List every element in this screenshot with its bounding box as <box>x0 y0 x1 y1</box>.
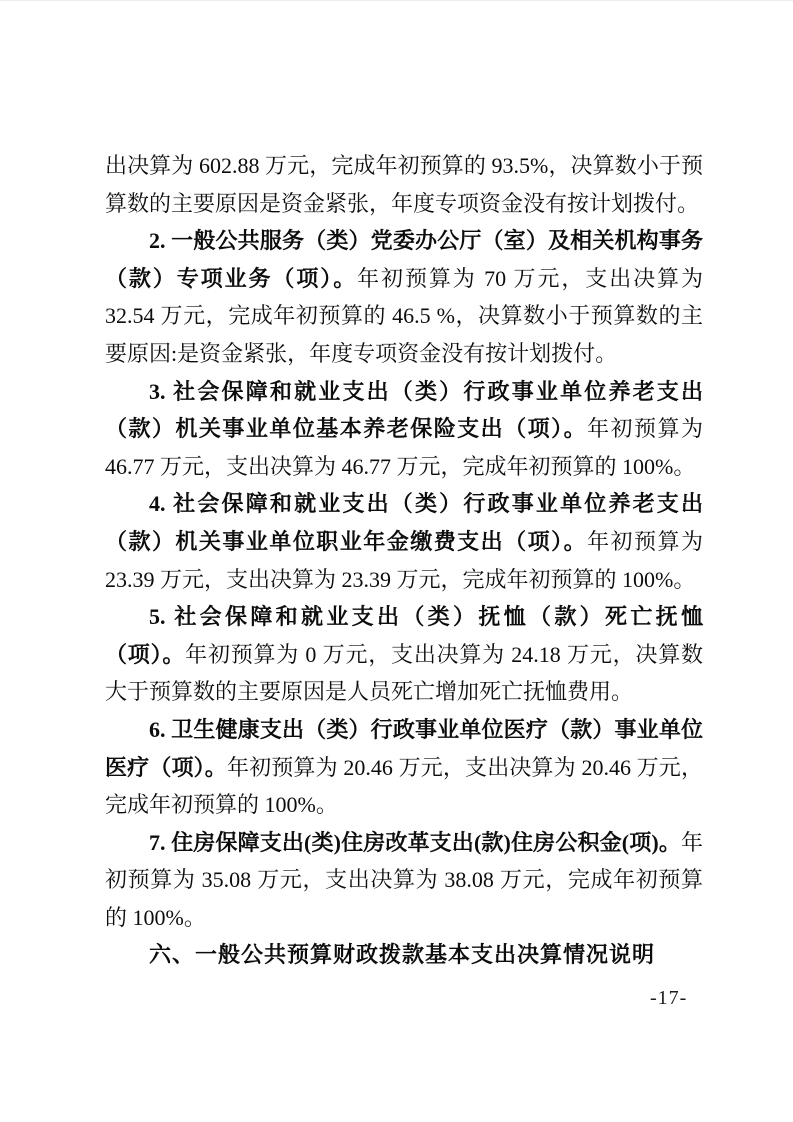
paragraph-item-6: 6. 卫生健康支出（类）行政事业单位医疗（款）事业单位医疗（项）。年初预算为 2… <box>105 711 703 824</box>
paragraph-item-3: 3. 社会保障和就业支出（类）行政事业单位养老支出（款）机关事业单位基本养老保险… <box>105 373 703 486</box>
paragraph-text: 年初预算为 0 万元，支出决算为 24.18 万元，决算数大于预算数的主要原因是… <box>105 642 703 705</box>
page-number: -17- <box>650 987 687 1010</box>
paragraph-item-4: 4. 社会保障和就业支出（类）行政事业单位养老支出（款）机关事业单位职业年金缴费… <box>105 485 703 598</box>
paragraph-text: 出决算为 602.88 万元，完成年初预算的 93.5%，决算数小于预算数的主要… <box>105 153 703 216</box>
section-heading-text: 六、一般公共预算财政拨款基本支出决算情况说明 <box>149 942 655 967</box>
document-page: 出决算为 602.88 万元，完成年初预算的 93.5%，决算数小于预算数的主要… <box>0 0 793 1122</box>
paragraph-item-2: 2. 一般公共服务（类）党委办公厅（室）及相关机构事务（款）专项业务（项）。年初… <box>105 222 703 372</box>
paragraph-item-7: 7. 住房保障支出(类)住房改革支出(款)住房公积金(项)。年初预算为 35.0… <box>105 824 703 937</box>
paragraph-item-5: 5. 社会保障和就业支出（类）抚恤（款）死亡抚恤（项）。年初预算为 0 万元，支… <box>105 598 703 711</box>
section-heading: 六、一般公共预算财政拨款基本支出决算情况说明 <box>105 936 703 974</box>
paragraph-continuation: 出决算为 602.88 万元，完成年初预算的 93.5%，决算数小于预算数的主要… <box>105 147 703 222</box>
paragraph-lead: 7. 住房保障支出(类)住房改革支出(款)住房公积金(项)。 <box>149 830 681 855</box>
document-body: 出决算为 602.88 万元，完成年初预算的 93.5%，决算数小于预算数的主要… <box>105 147 703 974</box>
